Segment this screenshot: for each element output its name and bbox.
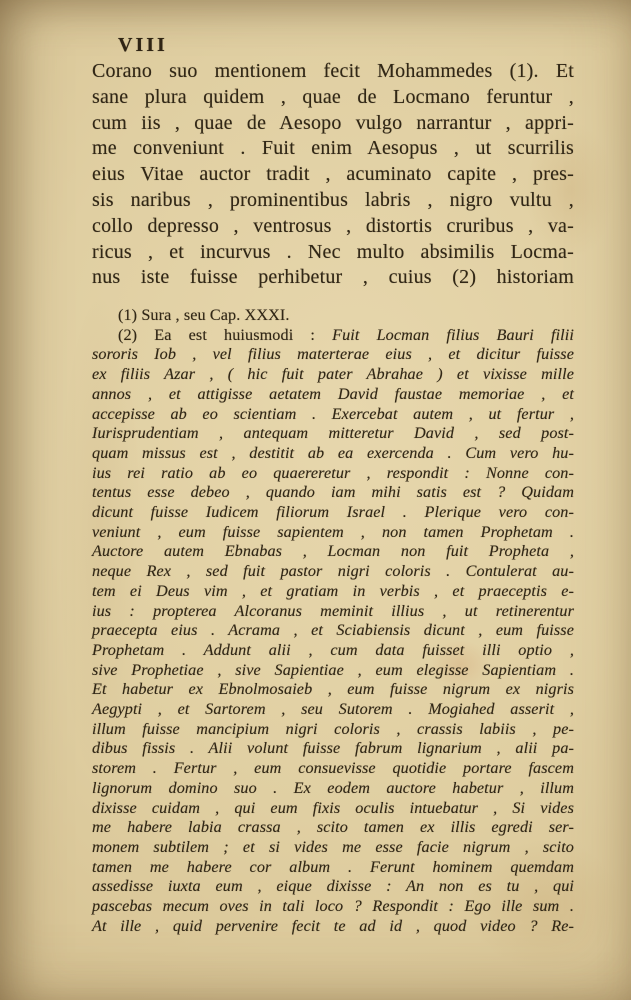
italic-text-segment: sive Prophetiae , sive Sapientiae , eum …: [92, 661, 574, 679]
footnote-line: tem ei Deus vim , et gratiam in verbis ,…: [92, 582, 574, 602]
footnote-line: Et habetur ex Ebnolmosaieb , eum fuisse …: [92, 680, 574, 700]
main-text-line: nus iste fuisse perhibetur , cuius (2) h…: [92, 265, 574, 291]
footnote-line: sororis Iob , vel filius materterae eius…: [92, 345, 574, 365]
footnote-line: illum fuisse mancipium nigri coloris , c…: [92, 720, 574, 740]
italic-text-segment: Auctore autem Ebnabas , Locman non fuit …: [92, 542, 574, 560]
footnote-line: veniunt , eum fuisse sapientem , non tam…: [92, 523, 574, 543]
italic-text-segment: dicunt fuisse Iudicem filiorum Israel . …: [92, 503, 574, 521]
italic-text-segment: Fuit Locman filius Bauri filii: [332, 326, 574, 344]
italic-text-segment: illum fuisse mancipium nigri coloris , c…: [92, 720, 574, 738]
footnote-line: quam missus est , destitit ab ea exercen…: [92, 444, 574, 464]
footnote-line: neque Rex , sed fuit pastor nigri colori…: [92, 562, 574, 582]
italic-text-segment: storem . Fertur , eum consuevisse quotid…: [92, 759, 574, 777]
footnote-line: Prophetam . Addunt alii , cum data fuiss…: [92, 641, 574, 661]
roman-text-segment: nus iste fuisse perhibetur , cuius (2) h…: [92, 266, 574, 288]
footnote-line: dicunt fuisse Iudicem filiorum Israel . …: [92, 503, 574, 523]
footnote-line: ius rei ratio ab eo quaereretur , respon…: [92, 464, 574, 484]
roman-text-segment: ricus , et incurvus . Nec multo absimili…: [92, 241, 574, 263]
footnote-line: me habere labia crassa , scito tamen ex …: [92, 818, 574, 838]
italic-text-segment: annos , et attigisse aetatem David faust…: [92, 385, 574, 403]
footnote-line: (2) Ea est huiusmodi : Fuit Locman filiu…: [92, 326, 574, 346]
italic-text-segment: sororis Iob , vel filius materterae eius…: [92, 345, 574, 363]
main-text-line: cum iis , quae de Aesopo vulgo narrantur…: [92, 111, 574, 137]
italic-text-segment: dibus fissis . Alii volunt fuisse fabrum…: [92, 739, 574, 757]
footnote-line: ex filiis Azar , ( hic fuit pater Abraha…: [92, 365, 574, 385]
footnote-line: sive Prophetiae , sive Sapientiae , eum …: [92, 661, 574, 681]
footnote-line: lignorum domino suo . Ex eodem auctore h…: [92, 779, 574, 799]
italic-text-segment: me habere labia crassa , scito tamen ex …: [92, 818, 574, 836]
roman-text-segment: cum iis , quae de Aesopo vulgo narrantur…: [92, 112, 574, 134]
roman-text-segment: eius Vitae auctor tradit , acuminato cap…: [92, 163, 574, 185]
italic-text-segment: quam missus est , destitit ab ea exercen…: [92, 444, 574, 462]
italic-text-segment: tamen me habere cor album . Ferunt homin…: [92, 858, 574, 876]
italic-text-segment: tem ei Deus vim , et gratiam in verbis ,…: [92, 582, 574, 600]
footnote-line: ius : propterea Alcoranus meminit illius…: [92, 602, 574, 622]
footnote-line: dibus fissis . Alii volunt fuisse fabrum…: [92, 739, 574, 759]
italic-text-segment: dixisse cuidam , qui eum fixis oculis in…: [92, 799, 574, 817]
italic-text-segment: pascebas mecum oves in tali loco ? Respo…: [92, 897, 574, 915]
italic-text-segment: Et habetur ex Ebnolmosaieb , eum fuisse …: [92, 680, 574, 698]
main-text-line: ricus , et incurvus . Nec multo absimili…: [92, 240, 574, 266]
main-text-line: Corano suo mentionem fecit Mohammedes (1…: [92, 59, 574, 85]
footnote-line: Aegypti , et Sartorem , seu Sutorem . Mo…: [92, 700, 574, 720]
roman-text-segment: (2) Ea est huiusmodi :: [118, 326, 332, 344]
footnote-line: praecepta eius . Acrama , et Sciabiensis…: [92, 621, 574, 641]
footnote-line: Iurisprudentiam , antequam mitteretur Da…: [92, 424, 574, 444]
italic-text-segment: ex filiis Azar , ( hic fuit pater Abraha…: [92, 365, 574, 383]
main-text-block: Corano suo mentionem fecit Mohammedes (1…: [92, 59, 574, 291]
italic-text-segment: tentus esse debeo , quando iam mihi sati…: [92, 483, 574, 501]
footnote-line: dixisse cuidam , qui eum fixis oculis in…: [92, 799, 574, 819]
main-text-line: collo depresso , ventrosus , distortis c…: [92, 214, 574, 240]
italic-text-segment: veniunt , eum fuisse sapientem , non tam…: [92, 523, 574, 541]
footnote-line: (1) Sura , seu Cap. XXXI.: [92, 306, 574, 326]
main-text-line: sane plura quidem , quae de Locmano feru…: [92, 85, 574, 111]
roman-text-segment: Corano suo mentionem fecit Mohammedes (1…: [92, 60, 574, 82]
footnote-line: tamen me habere cor album . Ferunt homin…: [92, 858, 574, 878]
scanned-book-page: VIII Corano suo mentionem fecit Mohammed…: [0, 0, 631, 1000]
italic-text-segment: lignorum domino suo . Ex eodem auctore h…: [92, 779, 574, 797]
italic-text-segment: monem subtilem ; et si vides me esse fac…: [92, 838, 574, 856]
main-text-line: eius Vitae auctor tradit , acuminato cap…: [92, 162, 574, 188]
italic-text-segment: At ille , quid pervenire fecit te ad id …: [92, 917, 574, 935]
roman-text-segment: collo depresso , ventrosus , distortis c…: [92, 215, 574, 237]
italic-text-segment: ius rei ratio ab eo quaereretur , respon…: [92, 464, 574, 482]
italic-text-segment: Iurisprudentiam , antequam mitteretur Da…: [92, 424, 574, 442]
italic-text-segment: ius : propterea Alcoranus meminit illius…: [92, 602, 574, 620]
roman-text-segment: me conveniunt . Fuit enim Aesopus , ut s…: [92, 137, 574, 159]
footnote-line: monem subtilem ; et si vides me esse fac…: [92, 838, 574, 858]
footnote-line: pascebas mecum oves in tali loco ? Respo…: [92, 897, 574, 917]
italic-text-segment: Aegypti , et Sartorem , seu Sutorem . Mo…: [92, 700, 574, 718]
footnote-line: annos , et attigisse aetatem David faust…: [92, 385, 574, 405]
main-text-line: sis naribus , prominentibus labris , nig…: [92, 188, 574, 214]
footnote-line: tentus esse debeo , quando iam mihi sati…: [92, 483, 574, 503]
italic-text-segment: praecepta eius . Acrama , et Sciabiensis…: [92, 621, 574, 639]
italic-text-segment: assedisse iuxta eum , eique dixisse : An…: [92, 877, 574, 895]
footnote-line: At ille , quid pervenire fecit te ad id …: [92, 917, 574, 937]
page-number: VIII: [118, 34, 168, 57]
footnote-line: assedisse iuxta eum , eique dixisse : An…: [92, 877, 574, 897]
italic-text-segment: neque Rex , sed fuit pastor nigri colori…: [92, 562, 574, 580]
italic-text-segment: Prophetam . Addunt alii , cum data fuiss…: [92, 641, 574, 659]
footnotes-block: (1) Sura , seu Cap. XXXI.(2) Ea est huiu…: [92, 306, 574, 937]
footnote-line: storem . Fertur , eum consuevisse quotid…: [92, 759, 574, 779]
roman-text-segment: sis naribus , prominentibus labris , nig…: [92, 189, 574, 211]
roman-text-segment: (1) Sura , seu Cap. XXXI.: [118, 306, 290, 324]
italic-text-segment: accepisse ab eo scientiam . Exercebat au…: [92, 405, 574, 423]
main-text-line: me conveniunt . Fuit enim Aesopus , ut s…: [92, 136, 574, 162]
footnote-line: Auctore autem Ebnabas , Locman non fuit …: [92, 542, 574, 562]
footnote-line: accepisse ab eo scientiam . Exercebat au…: [92, 405, 574, 425]
roman-text-segment: sane plura quidem , quae de Locmano feru…: [92, 86, 574, 108]
